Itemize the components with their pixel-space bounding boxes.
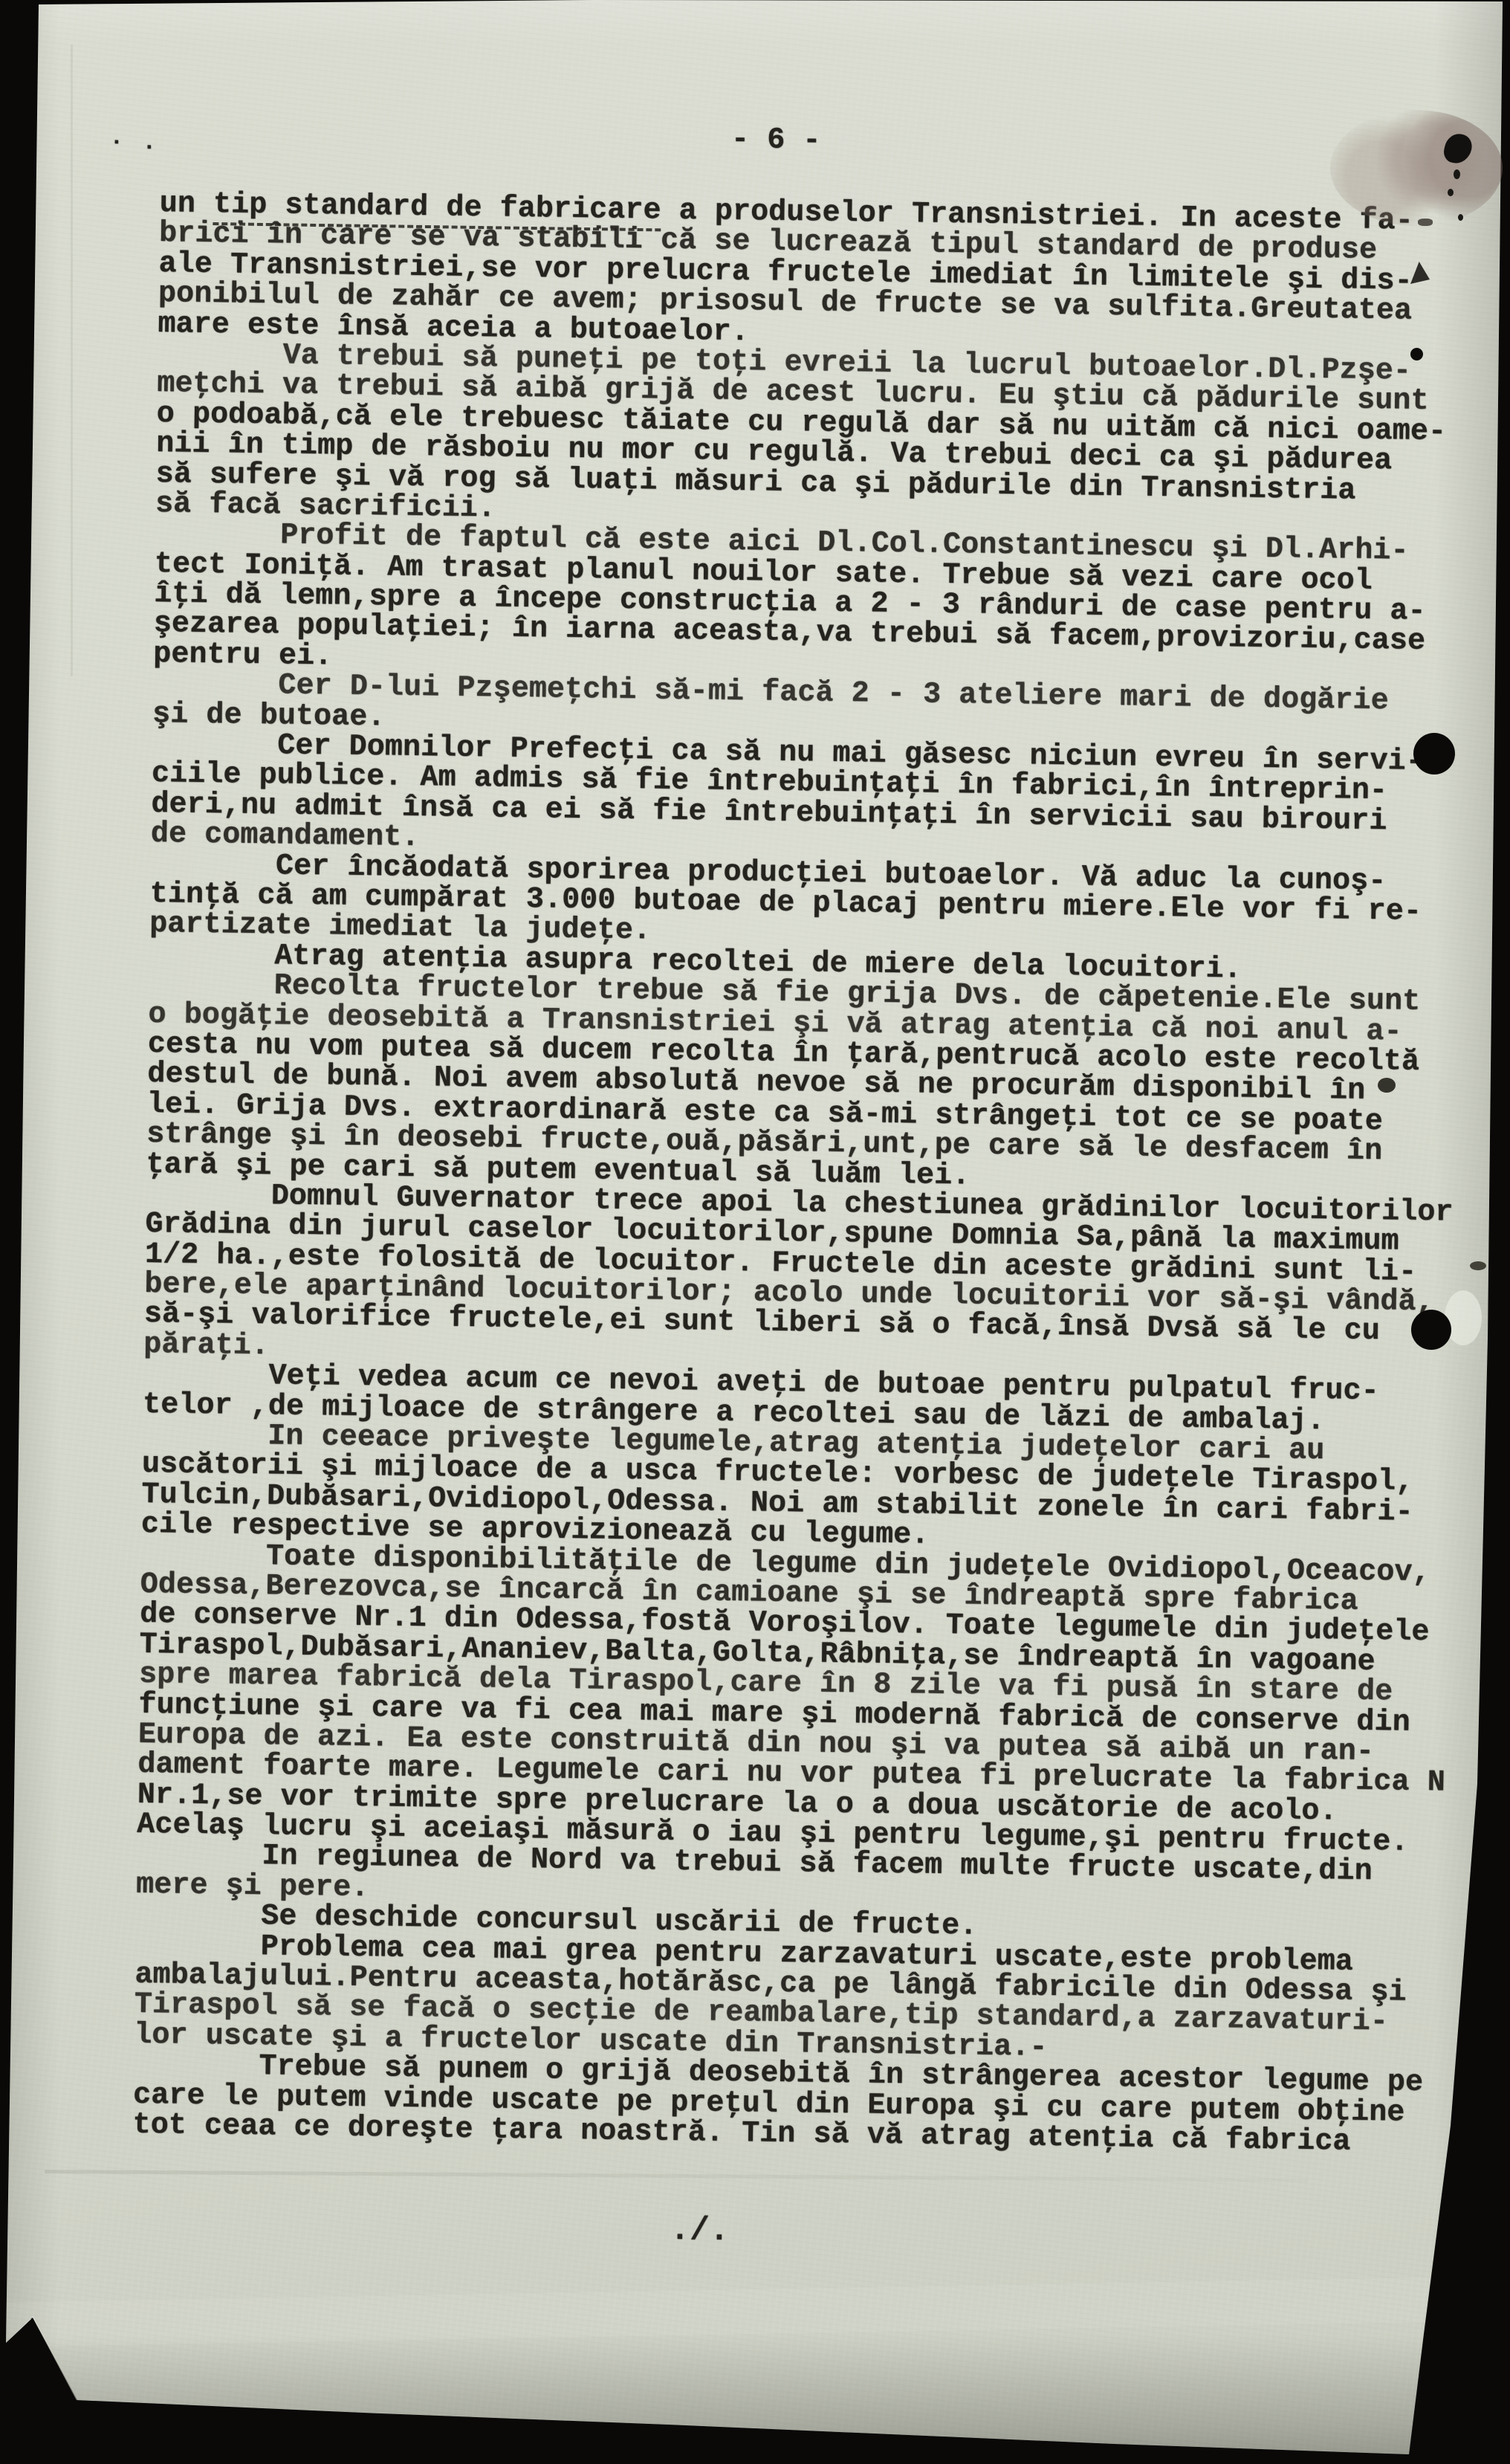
- paper-top-shade: [0, 0, 1510, 45]
- typewritten-lines: un tip standard de fabricare a produselo…: [132, 190, 1489, 2159]
- typewritten-text-block: - 6 - · . un tip standard de fabricare a…: [132, 190, 1489, 2159]
- horizontal-crease: [45, 2170, 1308, 2182]
- end-mark: ./.: [670, 2216, 729, 2247]
- page-number: - 6 -: [731, 126, 821, 157]
- vertical-crease: [71, 45, 73, 676]
- photographed-page: - 6 - · . un tip standard de fabricare a…: [0, 0, 1510, 2464]
- paper-bottom-shade: [0, 2334, 1510, 2464]
- paper-left-shade: [0, 0, 59, 2464]
- corner-dots: · .: [110, 128, 160, 158]
